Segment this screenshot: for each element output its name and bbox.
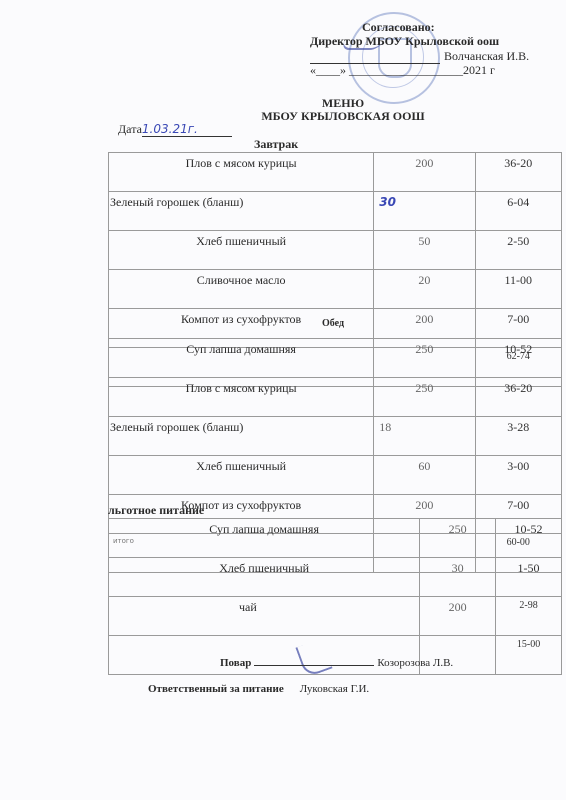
dish-price: 36-20 <box>475 378 561 417</box>
dish-price: 1-50 <box>496 558 562 597</box>
section-title-subsidized: льготное питание <box>108 503 204 518</box>
dish-qty: 250 <box>374 378 475 417</box>
dish-qty: 18 <box>374 417 475 456</box>
responsible-row: Ответственный за питаниеЛуковская Г.И. <box>148 683 369 695</box>
dish-qty: 60 <box>374 456 475 495</box>
dish-qty: 200 <box>420 597 496 636</box>
table-row: Хлеб пшеничный301-50 <box>109 558 562 597</box>
table-row: чай2002-98 <box>109 597 562 636</box>
section-title-lunch: Обед <box>322 318 344 329</box>
cook-signature-row: ПоварКозорозова Л.В. <box>220 657 453 669</box>
table-row: Зеленый горошек (бланш)306-04 <box>109 192 562 231</box>
table-row: Плов с мясом курицы20036-20 <box>109 153 562 192</box>
dish-price: 11-00 <box>475 270 561 309</box>
date-label: Дата <box>118 122 142 136</box>
dish-price: 10-52 <box>475 339 561 378</box>
dish-price: 36-20 <box>475 153 561 192</box>
approval-position: Директор МБОУ Крыловской оош <box>310 34 499 49</box>
cook-name: Козорозова Л.В. <box>377 657 453 669</box>
dish-name: Суп лапша домашняя <box>109 519 420 558</box>
section-title-breakfast: Завтрак <box>254 137 298 152</box>
dish-name: Хлеб пшеничный <box>109 558 420 597</box>
dish-price: 3-28 <box>475 417 561 456</box>
table-row: Сливочное масло2011-00 <box>109 270 562 309</box>
dish-qty: 250 <box>374 339 475 378</box>
table-row: Хлеб пшеничный603-00 <box>109 456 562 495</box>
approval-date: «____» ___________________2021 г <box>310 63 560 78</box>
dish-name: Сливочное масло <box>109 270 374 309</box>
dish-price: 6-04 <box>475 192 561 231</box>
dish-price: 2-50 <box>475 231 561 270</box>
responsible-label: Ответственный за питание <box>148 683 284 695</box>
dish-qty: 250 <box>420 519 496 558</box>
dish-name: Суп лапша домашняя <box>109 339 374 378</box>
date-row: Дата1.03.21г. <box>118 122 232 137</box>
dish-price: 3-00 <box>475 456 561 495</box>
responsible-name: Луковская Г.И. <box>300 683 369 695</box>
dish-name: Зеленый горошек (бланш) <box>109 192 374 231</box>
approval-heading: Согласовано: <box>362 20 435 35</box>
dish-name: Хлеб пшеничный <box>109 456 374 495</box>
dish-price: 10-52 <box>496 519 562 558</box>
table-row: Суп лапша домашняя25010-52 <box>109 339 562 378</box>
date-value: 1.03.21г. <box>142 122 232 137</box>
signature-line <box>254 665 374 666</box>
director-name: Волчанская И.В. <box>444 49 529 63</box>
subsidized-table: Суп лапша домашняя25010-52 Хлеб пшеничны… <box>108 518 562 675</box>
table-row: Суп лапша домашняя25010-52 <box>109 519 562 558</box>
dish-qty: 20 <box>374 270 475 309</box>
dish-name: Плов с мясом курицы <box>109 378 374 417</box>
dish-price: 2-98 <box>496 597 562 636</box>
table-row: Плов с мясом курицы25036-20 <box>109 378 562 417</box>
dish-name: чай <box>109 597 420 636</box>
cook-label: Повар <box>220 657 251 669</box>
dish-qty: 200 <box>374 153 475 192</box>
table-row: Зеленый горошек (бланш)183-28 <box>109 417 562 456</box>
dish-name: Хлеб пшеничный <box>109 231 374 270</box>
dish-qty: 30 <box>420 558 496 597</box>
dish-name: Плов с мясом курицы <box>109 153 374 192</box>
dish-qty: 50 <box>374 231 475 270</box>
dish-name: Зеленый горошек (бланш) <box>109 417 374 456</box>
dish-qty: 30 <box>374 192 475 231</box>
table-row: Хлеб пшеничный502-50 <box>109 231 562 270</box>
total-price: 15-00 <box>496 636 562 675</box>
